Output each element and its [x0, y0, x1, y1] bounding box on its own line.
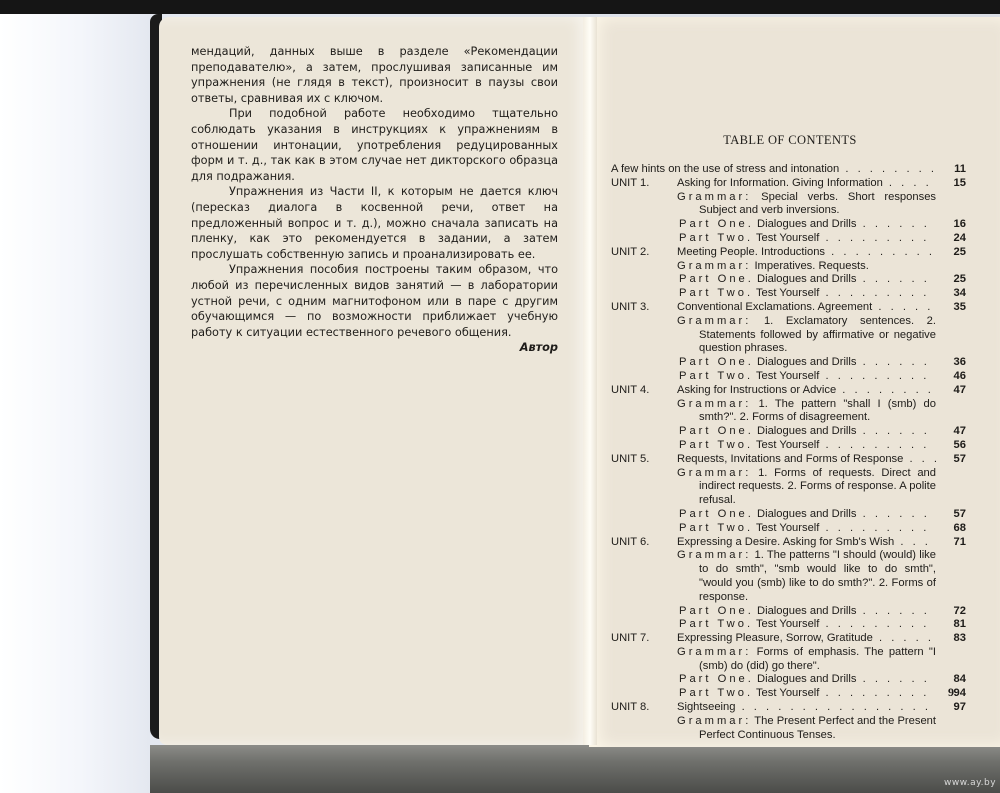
toc-page-number: 25: [936, 273, 966, 287]
toc-page-number: 83: [936, 632, 966, 646]
part-name: Dialogues and Drills: [757, 425, 857, 437]
grammar-text: Grammar: 1. The patterns "I should (woul…: [677, 549, 936, 604]
part-title: Part One. Dialogues and Drills: [677, 425, 936, 439]
part-label: Part One.: [679, 273, 754, 285]
part-name: Test Yourself: [756, 439, 819, 451]
unit-label: UNIT 5.: [611, 453, 677, 467]
grammar-text: Grammar: Forms of emphasis. The pattern …: [677, 646, 936, 674]
toc-part-row: Part Two. Test Yourself94: [611, 687, 966, 701]
grammar-label: Grammar:: [677, 191, 751, 203]
toc-grammar-row: Grammar: 1. The pattern "shall I (smb) d…: [611, 398, 966, 426]
part-title: Part One. Dialogues and Drills: [677, 508, 936, 522]
grammar-label: Grammar:: [677, 398, 751, 410]
toc-part-row: Part One. Dialogues and Drills25: [611, 273, 966, 287]
toc-intro-row: A few hints on the use of stress and int…: [611, 163, 966, 177]
toc-grammar-row: Grammar: Imperatives. Requests.: [611, 260, 966, 274]
toc-part-row: Part Two. Test Yourself81: [611, 618, 966, 632]
paragraph: Упражнения пособия построены таким образ…: [191, 262, 558, 340]
paragraph: При подобной работе необходимо тщательно…: [191, 106, 558, 184]
toc-unit-row: UNIT 3.Conventional Exclamations. Agreem…: [611, 301, 966, 315]
toc-part-row: Part Two. Test Yourself34: [611, 287, 966, 301]
toc-page-number: 68: [936, 522, 966, 536]
grammar-text: Grammar: 1. Forms of requests. Direct an…: [677, 467, 936, 508]
unit-label: UNIT 2.: [611, 246, 677, 260]
grammar-label: Grammar:: [677, 260, 751, 272]
book-gutter: [583, 17, 597, 745]
toc-part-row: Part One. Dialogues and Drills57: [611, 508, 966, 522]
toc-unit-row: UNIT 5.Requests, Invitations and Forms o…: [611, 453, 966, 467]
toc-unit-row: UNIT 4.Asking for Instructions or Advice…: [611, 384, 966, 398]
toc-page-number: 72: [936, 605, 966, 619]
part-label: Part One.: [679, 356, 754, 368]
grammar-text: Grammar: Imperatives. Requests.: [677, 260, 936, 274]
toc-page-number: 47: [936, 384, 966, 398]
toc-unit-row: UNIT 8.Sightseeing97: [611, 701, 966, 715]
part-title: Part One. Dialogues and Drills: [677, 218, 936, 232]
unit-title: Sightseeing: [677, 701, 936, 715]
paragraph: мендаций, данных выше в разделе «Рекомен…: [191, 44, 558, 106]
part-title: Part One. Dialogues and Drills: [677, 356, 936, 370]
part-label: Part Two.: [679, 522, 753, 534]
toc-page-number: 35: [936, 301, 966, 315]
part-name: Test Yourself: [756, 232, 819, 244]
toc-unit-row: UNIT 2.Meeting People. Introductions25: [611, 246, 966, 260]
toc-title: TABLE OF CONTENTS: [600, 133, 980, 148]
toc-grammar-row: Grammar: Special verbs. Short responses …: [611, 191, 966, 219]
toc-page-number: 47: [936, 425, 966, 439]
part-name: Test Yourself: [756, 687, 819, 699]
toc-part-row: Part Two. Test Yourself68: [611, 522, 966, 536]
toc-page-number: 57: [936, 508, 966, 522]
toc-grammar-row: Grammar: Forms of emphasis. The pattern …: [611, 646, 966, 674]
toc-part-row: Part Two. Test Yourself24: [611, 232, 966, 246]
toc-page-number: 57: [936, 453, 966, 467]
toc-page-number: 97: [936, 701, 966, 715]
scanner-top-edge: [0, 0, 1000, 14]
part-name: Test Yourself: [756, 370, 819, 382]
unit-title: Expressing Pleasure, Sorrow, Gratitude: [677, 632, 936, 646]
toc-page-number: 56: [936, 439, 966, 453]
toc-grammar-row: Grammar: 1. Forms of requests. Direct an…: [611, 467, 966, 508]
toc-page-number: 25: [936, 246, 966, 260]
grammar-text: Grammar: 1. The pattern "shall I (smb) d…: [677, 398, 936, 426]
toc-unit-row: UNIT 1.Asking for Information. Giving In…: [611, 177, 966, 191]
toc-part-row: Part One. Dialogues and Drills36: [611, 356, 966, 370]
grammar-label: Grammar:: [677, 315, 751, 327]
part-label: Part Two.: [679, 232, 753, 244]
toc-page-number: 24: [936, 232, 966, 246]
toc-part-row: Part Two. Test Yourself56: [611, 439, 966, 453]
part-title: Part One. Dialogues and Drills: [677, 273, 936, 287]
toc-page-number: 15: [936, 177, 966, 191]
toc-grammar-row: Grammar: 1. Exclamatory sentences. 2. St…: [611, 315, 966, 356]
part-name: Dialogues and Drills: [757, 356, 857, 368]
grammar-text: Grammar: 1. Exclamatory sentences. 2. St…: [677, 315, 936, 356]
page-number: 9: [948, 685, 954, 700]
unit-title: Meeting People. Introductions: [677, 246, 936, 260]
part-label: Part One.: [679, 605, 754, 617]
toc-entry-title: A few hints on the use of stress and int…: [611, 163, 936, 177]
part-title: Part Two. Test Yourself: [677, 232, 936, 246]
part-label: Part Two.: [679, 439, 753, 451]
part-label: Part One.: [679, 218, 754, 230]
toc-page-number: 71: [936, 536, 966, 550]
part-label: Part One.: [679, 425, 754, 437]
part-label: Part Two.: [679, 370, 753, 382]
part-title: Part One. Dialogues and Drills: [677, 605, 936, 619]
part-label: Part Two.: [679, 287, 753, 299]
left-page-text: мендаций, данных выше в разделе «Рекомен…: [191, 44, 558, 356]
unit-label: UNIT 8.: [611, 701, 677, 715]
toc-page-number: 46: [936, 370, 966, 384]
unit-label: UNIT 3.: [611, 301, 677, 315]
unit-label: UNIT 6.: [611, 536, 677, 550]
part-name: Dialogues and Drills: [757, 273, 857, 285]
toc-page-number: 11: [936, 163, 966, 177]
grammar-label: Grammar:: [677, 549, 751, 561]
grammar-text: Grammar: Special verbs. Short responses …: [677, 191, 936, 219]
unit-label: UNIT 4.: [611, 384, 677, 398]
unit-label: UNIT 1.: [611, 177, 677, 191]
part-title: Part Two. Test Yourself: [677, 522, 936, 536]
toc-part-row: Part One. Dialogues and Drills72: [611, 605, 966, 619]
part-name: Test Yourself: [756, 287, 819, 299]
grammar-label: Grammar:: [677, 646, 751, 658]
unit-title: Expressing a Desire. Asking for Smb's Wi…: [677, 536, 936, 550]
unit-title: Asking for Information. Giving Informati…: [677, 177, 936, 191]
part-label: Part One.: [679, 508, 754, 520]
toc-part-row: Part One. Dialogues and Drills47: [611, 425, 966, 439]
part-title: Part Two. Test Yourself: [677, 687, 936, 701]
unit-title: Asking for Instructions or Advice: [677, 384, 936, 398]
part-title: Part Two. Test Yourself: [677, 287, 936, 301]
unit-title: Requests, Invitations and Forms of Respo…: [677, 453, 936, 467]
part-name: Dialogues and Drills: [757, 218, 857, 230]
toc-part-row: Part One. Dialogues and Drills84: [611, 673, 966, 687]
toc-unit-row: UNIT 6.Expressing a Desire. Asking for S…: [611, 536, 966, 550]
table-of-contents: A few hints on the use of stress and int…: [611, 163, 966, 742]
grammar-content: Imperatives. Requests.: [754, 260, 868, 272]
toc-grammar-row: Grammar: The Present Perfect and the Pre…: [611, 715, 966, 743]
part-title: Part Two. Test Yourself: [677, 370, 936, 384]
part-label: Part Two.: [679, 618, 753, 630]
part-name: Dialogues and Drills: [757, 673, 857, 685]
paragraph: Упражнения из Части II, к которым не дае…: [191, 184, 558, 262]
grammar-text: Grammar: The Present Perfect and the Pre…: [677, 715, 936, 743]
toc-part-row: Part Two. Test Yourself46: [611, 370, 966, 384]
part-title: Part Two. Test Yourself: [677, 618, 936, 632]
grammar-label: Grammar:: [677, 467, 751, 479]
toc-page-number: 34: [936, 287, 966, 301]
part-name: Test Yourself: [756, 522, 819, 534]
author-signature: Автор: [191, 340, 558, 356]
unit-label: UNIT 7.: [611, 632, 677, 646]
part-title: Part Two. Test Yourself: [677, 439, 936, 453]
grammar-label: Grammar:: [677, 715, 751, 727]
part-label: Part Two.: [679, 687, 753, 699]
unit-title: Conventional Exclamations. Agreement: [677, 301, 936, 315]
scanner-bottom-shadow: [150, 745, 1000, 793]
part-name: Dialogues and Drills: [757, 508, 857, 520]
toc-grammar-row: Grammar: 1. The patterns "I should (woul…: [611, 549, 966, 604]
toc-page-number: 16: [936, 218, 966, 232]
toc-unit-row: UNIT 7.Expressing Pleasure, Sorrow, Grat…: [611, 632, 966, 646]
toc-page-number: 36: [936, 356, 966, 370]
part-label: Part One.: [679, 673, 754, 685]
toc-part-row: Part One. Dialogues and Drills16: [611, 218, 966, 232]
watermark: www.ay.by: [944, 778, 996, 788]
toc-page-number: 81: [936, 618, 966, 632]
part-name: Dialogues and Drills: [757, 605, 857, 617]
part-title: Part One. Dialogues and Drills: [677, 673, 936, 687]
part-name: Test Yourself: [756, 618, 819, 630]
